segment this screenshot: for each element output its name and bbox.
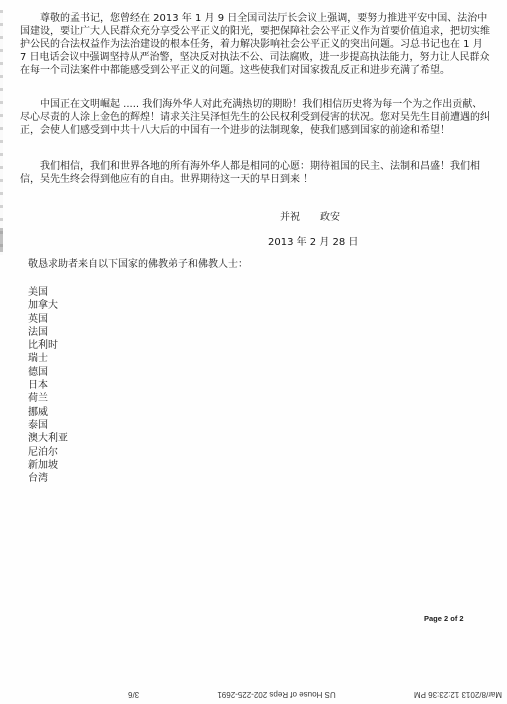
fax-header-line: Mar/8/2013 12:23:36 PM US House of Reps …: [128, 690, 502, 699]
page-number: Page 2 of 2: [424, 614, 464, 623]
country-item: 美国: [28, 286, 490, 299]
scanned-letter-page: 尊敬的孟书记，您曾经在 2013 年 1 月 9 日全国司法厅长会议上强调，要努…: [0, 0, 507, 704]
country-item: 尼泊尔: [28, 446, 490, 459]
fax-sender: US House of Reps 202-225-2691: [217, 690, 335, 699]
country-item: 新加坡: [28, 459, 490, 472]
closing-greeting: 政安: [320, 211, 340, 224]
scan-edge-artifact: [0, 10, 3, 255]
country-item: 日本: [28, 379, 490, 392]
paragraph-1: 尊敬的孟书记，您曾经在 2013 年 1 月 9 日全国司法厅长会议上强调，要努…: [20, 12, 490, 77]
country-list: 美国加拿大英国法国比利时瑞士德国日本荷兰挪威泰国澳大利亚尼泊尔新加坡台湾: [28, 286, 490, 485]
country-item: 德国: [28, 366, 490, 379]
country-item: 瑞士: [28, 352, 490, 365]
country-item: 加拿大: [28, 299, 490, 312]
country-item: 荷兰: [28, 392, 490, 405]
paragraph-2: 中国正在文明崛起 ..... 我们海外华人对此充满热切的期盼！我们相信历史将为每…: [20, 98, 490, 137]
closing-line: 并祝 政安: [280, 211, 490, 224]
country-item: 法国: [28, 326, 490, 339]
fax-timestamp: Mar/8/2013 12:23:36 PM: [414, 690, 502, 699]
country-item: 英国: [28, 313, 490, 326]
country-item: 澳大利亚: [28, 432, 490, 445]
country-item: 台湾: [28, 472, 490, 485]
country-item: 比利时: [28, 339, 490, 352]
country-item: 挪威: [28, 406, 490, 419]
salutation-line: 敬恳求助者来自以下国家的佛教弟子和佛教人士：: [28, 258, 490, 271]
country-item: 泰国: [28, 419, 490, 432]
paragraph-3: 我们相信，我们和世界各地的所有海外华人都是相同的心愿：期待祖国的民主、法制和昌盛…: [20, 160, 490, 186]
fax-page-indicator: 3/6: [128, 690, 139, 699]
date-line: 2013 年 2 月 28 日: [268, 236, 490, 249]
letter-body: 尊敬的孟书记，您曾经在 2013 年 1 月 9 日全国司法厅长会议上强调，要努…: [20, 12, 490, 485]
scan-edge-smudge: [0, 228, 3, 252]
closing-label: 并祝: [280, 211, 300, 224]
